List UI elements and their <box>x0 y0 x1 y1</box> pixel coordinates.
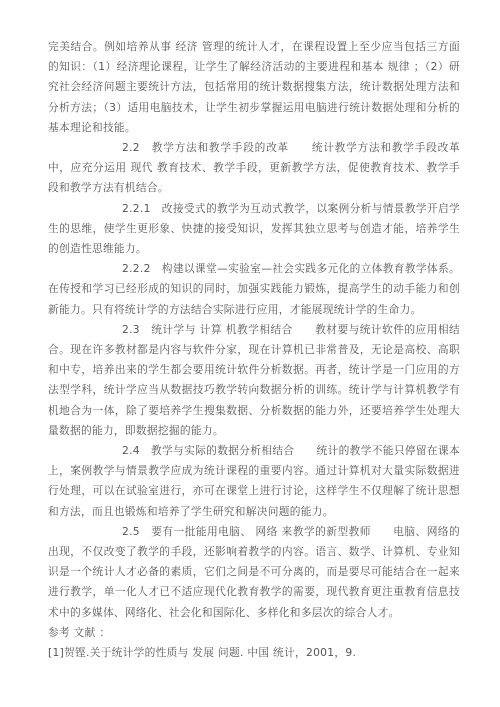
paragraph-2: 2.2 教学方法和教学手段的改革 统计教学方法和教学手段改革中，应充分运用 现代… <box>48 138 460 199</box>
paragraph-7: 2.5 要有一批能用电脑、 网络 来教学的新型教师 电脑、网络的出现，不仅改变了… <box>48 522 460 623</box>
paragraph-6: 2.4 教学与实际的数据分析相结合 统计的教学不能只停留在课本上，案例教学与情景… <box>48 441 460 522</box>
document-body: 完美结合。例如培养从事 经济 管理的统计人才，在课程设置上至少应当包括三方面的知… <box>48 37 460 663</box>
paragraph-9: [1]贺铿.关于统计学的性质与 发展 问题. 中国 统计，2001，9. <box>48 643 460 663</box>
paragraph-4: 2.2.2 构建以课堂—实验室—社会实践多元化的立体教育教学体系。在传授和学习已… <box>48 259 460 320</box>
paragraph-3: 2.2.1 改接受式的教学为互动式教学，以案例分析与情景教学开启学生的思维，使学… <box>48 199 460 260</box>
paragraph-1: 完美结合。例如培养从事 经济 管理的统计人才，在课程设置上至少应当包括三方面的知… <box>48 37 460 138</box>
document-page: 完美结合。例如培养从事 经济 管理的统计人才，在课程设置上至少应当包括三方面的知… <box>0 0 500 707</box>
paragraph-8: 参考 文献 ： <box>48 623 460 643</box>
paragraph-5: 2.3 统计学与 计算 机教学相结合 教材要与统计软件的应用相结合。现在许多教材… <box>48 320 460 441</box>
